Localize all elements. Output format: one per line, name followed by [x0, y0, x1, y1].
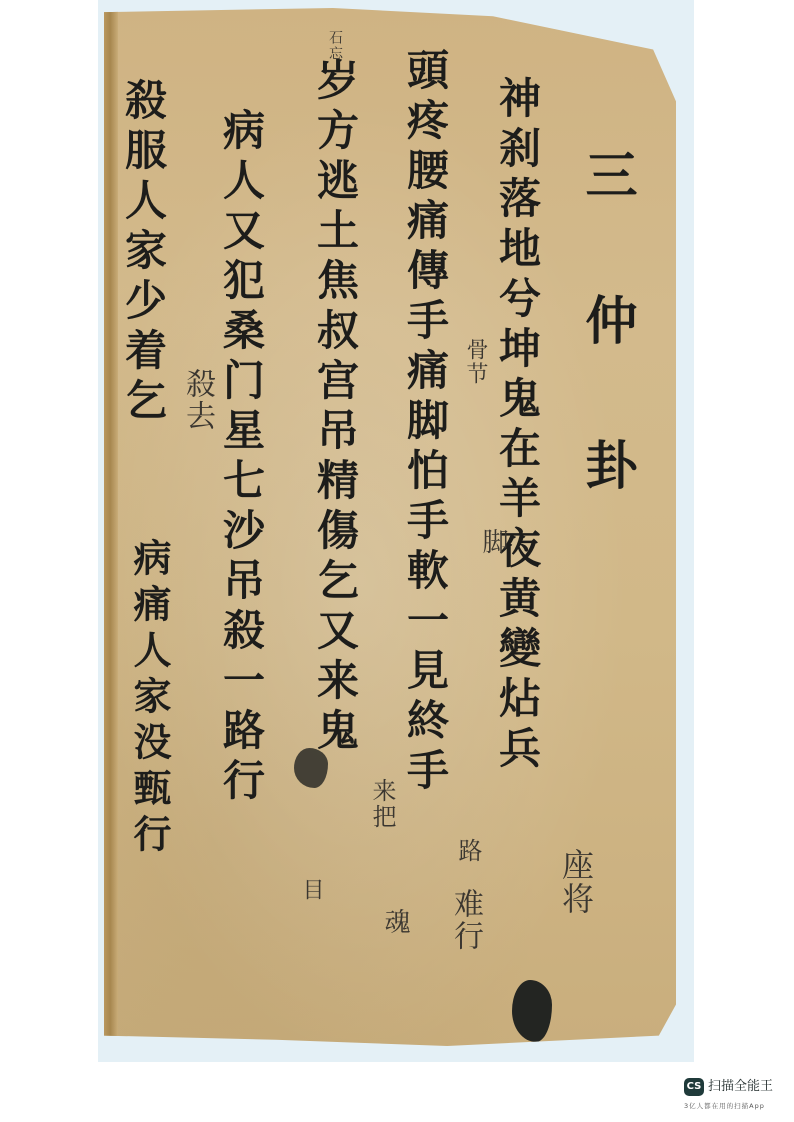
annotation-eye: 目 — [300, 878, 322, 902]
text-column-6: 病痛人家没甄行 — [130, 538, 168, 860]
annotation-road: 路 — [456, 838, 480, 864]
annotation-come: 来把 — [370, 778, 394, 830]
text-column-2: 頭疼腰痛傳手痛脚怕手軟一見終手 — [404, 48, 446, 798]
watermark-app-name: 扫描全能王 — [708, 1078, 773, 1096]
annotation-top: 石忘 — [328, 30, 342, 62]
annotation-hard-go: 难行 — [450, 888, 480, 952]
book-spine — [104, 8, 118, 1046]
annotation-bone-joint: 骨节 — [464, 338, 486, 386]
ink-blot — [512, 980, 552, 1042]
camscanner-logo-icon: CS — [684, 1078, 704, 1096]
ink-blot-small — [294, 748, 328, 788]
text-column-5: 殺服人家少着乞 — [122, 78, 164, 428]
manuscript-page: 三 仲 卦 神刹落地兮坤鬼在羊夜黄變炶兵 頭疼腰痛傳手痛脚怕手軟一見終手 岁方逃… — [104, 8, 676, 1046]
page-title: 三 仲 卦 — [580, 148, 632, 506]
camscanner-watermark: CS 扫描全能王 3亿人都在用的扫描App — [684, 1076, 788, 1116]
scanned-photo: 三 仲 卦 神刹落地兮坤鬼在羊夜黄變炶兵 頭疼腰痛傳手痛脚怕手軟一見終手 岁方逃… — [98, 0, 694, 1062]
text-column-4: 病人又犯桑门星七沙吊殺一路行 — [220, 108, 262, 808]
text-column-3: 岁方逃土焦叔宫吊精傷乞又来鬼 — [314, 58, 356, 758]
annotation-foot: 脚 — [480, 528, 506, 556]
annotation-seat-general: 座将 — [560, 848, 592, 916]
text-column-1: 神刹落地兮坤鬼在羊夜黄變炶兵 — [496, 76, 538, 776]
watermark-tagline: 3亿人都在用的扫描App — [684, 1101, 765, 1110]
annotation-kill: 殺去 — [182, 368, 212, 432]
annotation-soul: 魂 — [382, 908, 408, 936]
